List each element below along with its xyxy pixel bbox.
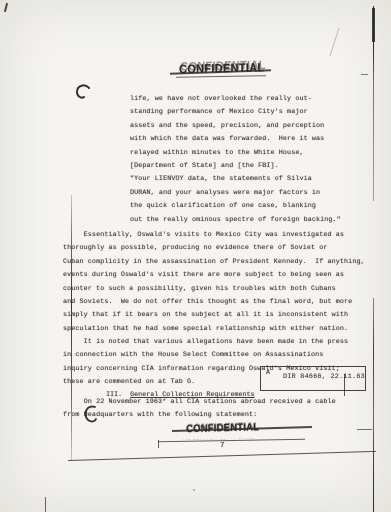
right-edge-tick-2 [357,429,372,430]
stamp-top-strike-line-2 [176,75,266,78]
paragraph-3: On 22 November 1963* all CIA stations ab… [63,396,336,423]
corner-scan-mark [4,3,8,12]
bottom-fold-line [68,451,376,461]
left-crease-line [71,195,72,461]
paragraph-1: Essentially, Oswald's visits to Mexico C… [63,229,365,336]
pen-squiggle-icon [75,84,92,102]
stamp-bottom-underline-hook [158,440,159,448]
annotation-letter: A [266,369,270,376]
bottom-left-tick [45,497,46,512]
page-number: 7 [220,442,225,450]
scanned-document-page: CONFIDENTIAL life, we have not overlooke… [0,0,391,512]
faint-slash-mark [329,28,339,57]
annotation-cable-reference: DIR 84666, 22.11.63 [283,373,365,381]
right-edge-line-bottom [373,298,374,512]
quote-block: life, we have not overlooked the really … [130,93,341,227]
annotation-pointer-line [344,374,345,396]
stamp-bottom-underline [158,439,305,443]
speck [193,489,195,491]
right-edge-tick-1 [361,74,368,75]
right-edge-blob [372,8,375,42]
pen-curl-icon [82,402,100,426]
margin-annotation-box: A DIR 84666, 22.11.63 [260,366,366,391]
